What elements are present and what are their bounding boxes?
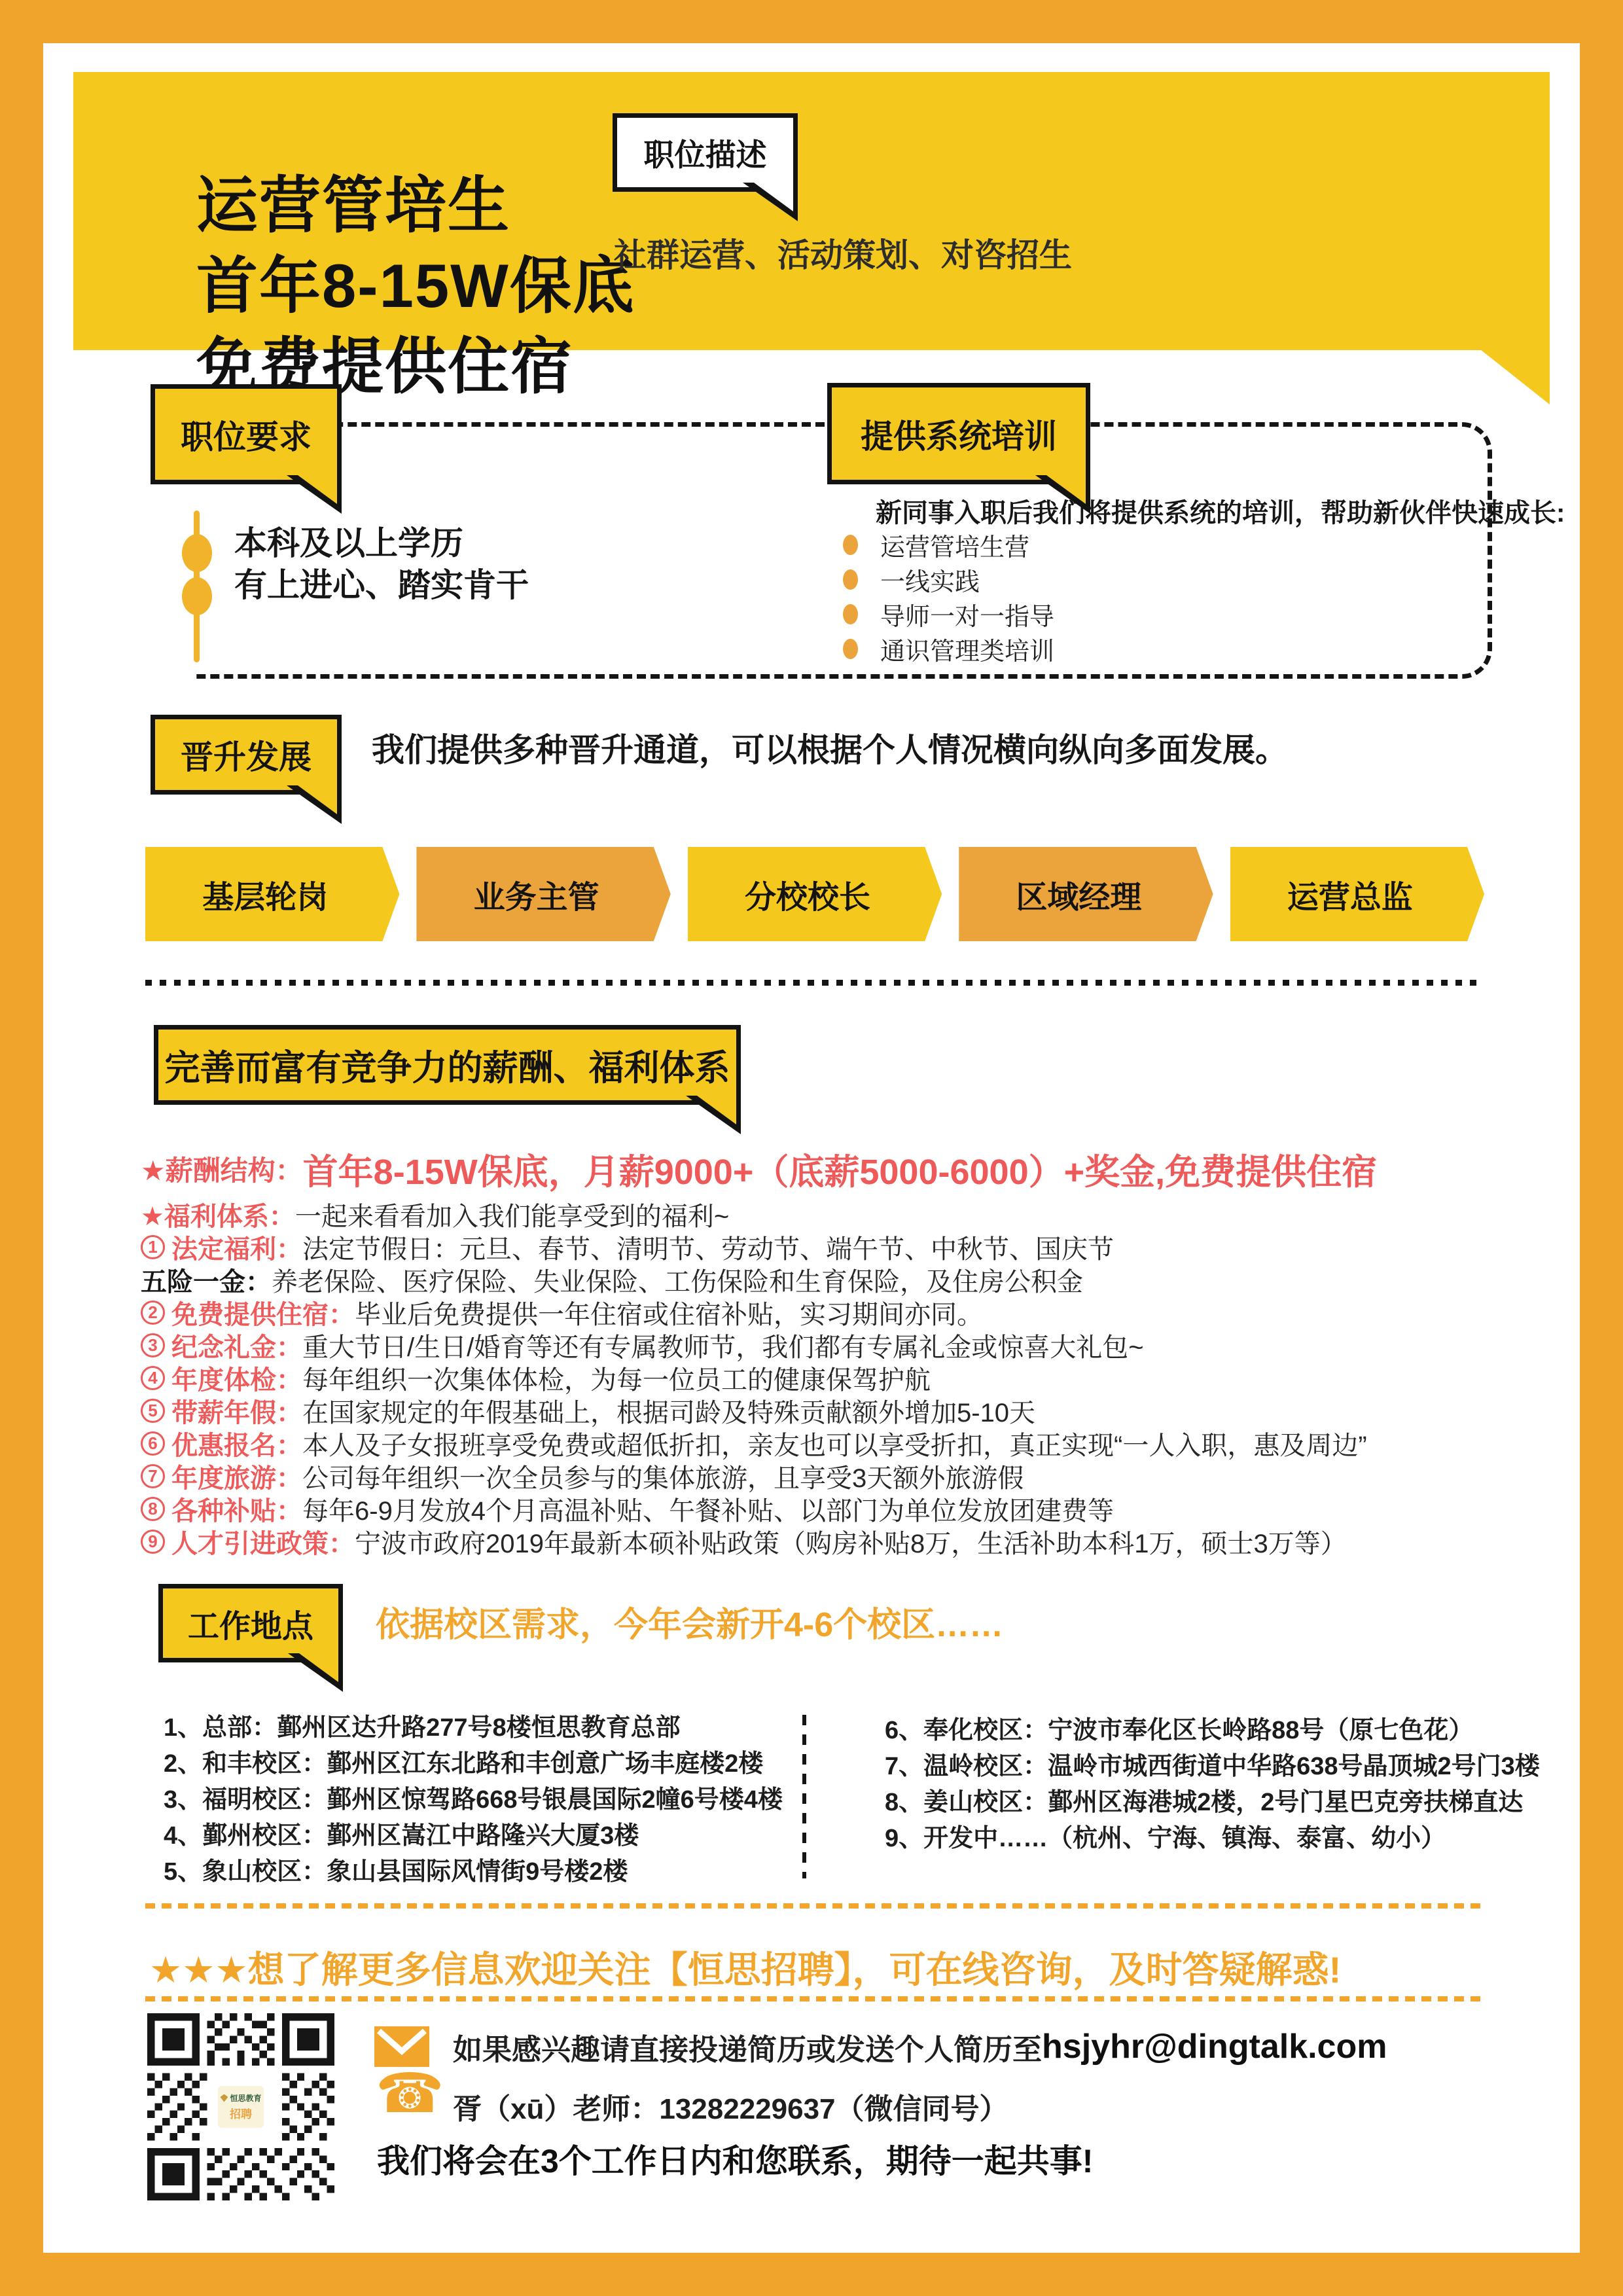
benefit-item: 7 年度旅游： 公司每年组织一次全员参与的集体旅游，且享受3天额外旅游假 [141, 1460, 1502, 1492]
benefit-number-badge: 5 [141, 1399, 165, 1423]
benefit-number-badge: 4 [141, 1366, 165, 1390]
benefit-content: 每年6-9月发放4个月高温补贴、午餐补贴、以部门为单位发放团建费等 [302, 1490, 1114, 1528]
benefit-label: 五险一金： [141, 1261, 272, 1299]
qr-card-subtitle: 招聘 [230, 2105, 252, 2121]
career-step: 业务主管 [416, 847, 670, 941]
poster-title: 运营管培生 首年8-15W保底 免费提供住宿 [196, 165, 635, 406]
benefits-list: ★薪酬结构： 首年8-15W保底，月薪9000+（底薪5000-6000）+奖金… [141, 1147, 1502, 1558]
job-description-bubble: 职位描述 [613, 113, 798, 192]
salary-label: ★薪酬结构： [141, 1149, 303, 1189]
job-description-text: 社群运营、活动策划、对咨招生 [614, 229, 1072, 276]
benefit-content: 公司每年组织一次全员参与的集体旅游，且享受3天额外旅游假 [302, 1458, 1024, 1495]
qr-card-brand: 恒思教育 [230, 2092, 261, 2104]
title-line-2: 首年8-15W保底 [196, 245, 635, 326]
welfare-row: ★福利体系： 一起来看看加入我们能享受到的福利~ [141, 1198, 1502, 1230]
benefit-label: 纪念礼金： [171, 1327, 302, 1364]
requirements-bubble-label: 职位要求 [181, 411, 312, 458]
welfare-label: ★福利体系： [141, 1196, 295, 1233]
benefit-content: 法定节假日：元旦、春节、清明节、劳动节、端午节、中秋节、国庆节 [302, 1229, 1114, 1266]
header-corner-tail [1480, 350, 1550, 404]
email-address: hsjyhr@dingtalk.com [1042, 2027, 1387, 2066]
benefit-item: 6 优惠报名： 本人及子女报班享受免费或超低折扣，亲友也可以享受折扣，真正实现“… [141, 1427, 1502, 1460]
workplace-headline: 依据校区需求，今年会新开4-6个校区…… [376, 1597, 1003, 1646]
follow-us-line: ★★★想了解更多信息欢迎关注【恒思招聘】，可在线咨询，及时答疑解惑! [149, 1941, 1341, 1994]
contact-email-line: 如果感兴趣请直接投递简历或发送个人简历至 hsjyhr@dingtalk.com [453, 2025, 1387, 2068]
benefit-number-badge: 7 [141, 1464, 165, 1488]
benefit-number-badge: 6 [141, 1431, 165, 1456]
location-item: 4、鄞州校区：鄞州区嵩江中路隆兴大厦3楼 [164, 1815, 783, 1851]
welfare-content: 一起来看看加入我们能享受到的福利~ [295, 1196, 729, 1233]
qr-code: 恒思教育 招聘 [147, 2013, 334, 2200]
benefit-item: 3 纪念礼金： 重大节日/生日/婚育等还有专属教师节，我们都有专属礼金或惊喜大礼… [141, 1329, 1502, 1361]
benefit-label: 优惠报名： [171, 1425, 302, 1462]
promotion-description: 我们提供多种晋升通道，可以根据个人情况横向纵向多面发展。 [372, 724, 1288, 771]
title-line-1: 运营管培生 [196, 165, 635, 245]
job-description-bubble-label: 职位描述 [644, 131, 767, 175]
orange-dashed-divider [145, 1996, 1484, 2001]
salary-content: 首年8-15W保底，月薪9000+（底薪5000-6000）+奖金,免费提供住宿 [303, 1144, 1378, 1194]
benefit-content: 在国家规定的年假基础上，根据司龄及特殊贡献额外增加5-10天 [302, 1392, 1035, 1429]
benefit-label: 带薪年假： [171, 1392, 302, 1429]
benefit-content: 重大节日/生日/婚育等还有专属教师节，我们都有专属礼金或惊喜大礼包~ [302, 1327, 1144, 1364]
location-item: 7、温岭校区：温岭市城西街道中华路638号晶顶城2号门3楼 [885, 1746, 1540, 1782]
benefit-number-badge: 8 [141, 1497, 165, 1521]
workplace-bubble: 工作地点 [158, 1584, 343, 1662]
benefit-item: 9 人才引进政策： 宁波市政府2019年最新本硕补贴政策（购房补贴8万，生活补助… [141, 1525, 1502, 1558]
location-column-divider [802, 1715, 806, 1878]
phone-icon: ☎ [376, 2066, 444, 2121]
career-step: 基层轮岗 [145, 847, 399, 941]
benefit-label: 法定福利： [171, 1229, 302, 1266]
benefit-number-badge: 2 [141, 1300, 165, 1325]
benefit-content: 毕业后免费提供一年住宿或住宿补贴，实习期间亦同。 [355, 1294, 983, 1331]
benefit-number-badge: 3 [141, 1333, 165, 1357]
location-item: 8、姜山校区：鄞州区海港城2楼，2号门星巴克旁扶梯直达 [885, 1782, 1540, 1818]
location-item: 5、象山校区：象山县国际风情街9号楼2楼 [164, 1851, 783, 1887]
qr-center-card: 恒思教育 招聘 [215, 2083, 266, 2130]
contact-phone-line: 胥（xū）老师：13282229637（微信同号） [453, 2085, 1008, 2127]
benefit-label: 免费提供住宿： [171, 1294, 355, 1331]
benefit-item: 4 年度体检： 每年组织一次集体体检，为每一位员工的健康保驾护航 [141, 1361, 1502, 1394]
career-step: 区域经理 [959, 847, 1213, 941]
benefit-label: 年度旅游： [171, 1458, 302, 1495]
orange-dashed-divider [145, 1903, 1484, 1909]
benefit-number-badge: 9 [141, 1530, 165, 1554]
career-step: 运营总监 [1230, 847, 1484, 941]
benefit-content: 每年组织一次集体体检，为每一位员工的健康保驾护航 [302, 1359, 931, 1397]
requirements-bubble: 职位要求 [151, 384, 342, 484]
promotion-bubble-label: 晋升发展 [181, 731, 312, 778]
header-banner: 运营管培生 首年8-15W保底 免费提供住宿 [73, 72, 1550, 350]
benefits-bubble: 完善而富有竞争力的薪酬、福利体系 [154, 1025, 741, 1105]
benefit-item: 1 法定福利： 法定节假日：元旦、春节、清明节、劳动节、端午节、中秋节、国庆节 [141, 1230, 1502, 1263]
benefit-content: 本人及子女报班享受免费或超低折扣，亲友也可以享受折扣，真正实现“一人入职，惠及周… [302, 1425, 1367, 1462]
benefit-content: 宁波市政府2019年最新本硕补贴政策（购房补贴8万，生活补助本科1万，硕士3万等… [355, 1523, 1347, 1560]
benefit-label: 人才引进政策： [171, 1523, 355, 1560]
career-path: 基层轮岗 业务主管 分校校长 区域经理 运营总监 [145, 847, 1484, 941]
dotted-separator [145, 980, 1484, 986]
location-list-left: 1、总部：鄞州区达升路277号8楼恒思教育总部 2、和丰校区：鄞州区江东北路和丰… [164, 1707, 783, 1887]
promotion-bubble: 晋升发展 [151, 715, 342, 795]
benefit-label: 各种补贴： [171, 1490, 302, 1528]
training-bubble: 提供系统培训 [827, 383, 1090, 484]
workplace-bubble-label: 工作地点 [188, 1601, 313, 1646]
training-bubble-label: 提供系统培训 [861, 410, 1057, 457]
salary-structure-row: ★薪酬结构： 首年8-15W保底，月薪9000+（底薪5000-6000）+奖金… [141, 1147, 1502, 1191]
location-item: 6、奉化校区：宁波市奉化区长岭路88号（原七色花） [885, 1710, 1540, 1746]
benefit-item: 8 各种补贴： 每年6-9月发放4个月高温补贴、午餐补贴、以部门为单位发放团建费… [141, 1492, 1502, 1525]
recruitment-poster: 运营管培生 首年8-15W保底 免费提供住宿 职位描述 社群运营、活动策划、对咨… [0, 0, 1623, 2296]
benefit-number-badge: 1 [141, 1235, 165, 1259]
logo-diamond-icon [220, 2094, 228, 2102]
closing-statement: 我们将会在3个工作日内和您联系，期待一起共事! [377, 2135, 1093, 2182]
benefit-label: 年度体检： [171, 1359, 302, 1397]
location-item: 3、福明校区：鄞州区惊驾路668号银晨国际2幢6号楼4楼 [164, 1779, 783, 1815]
career-step: 分校校长 [688, 847, 942, 941]
benefit-item: 5 带薪年假： 在国家规定的年假基础上，根据司龄及特殊贡献额外增加5-10天 [141, 1394, 1502, 1427]
location-item: 9、开发中……（杭州、宁海、镇海、泰富、幼小） [885, 1818, 1540, 1854]
benefit-item: 五险一金： 养老保险、医疗保险、失业保险、工伤保险和生育保险，及住房公积金 [141, 1263, 1502, 1296]
benefits-bubble-label: 完善而富有竞争力的薪酬、福利体系 [165, 1040, 730, 1090]
location-item: 2、和丰校区：鄞州区江东北路和丰创意广场丰庭楼2楼 [164, 1743, 783, 1779]
location-list-right: 6、奉化校区：宁波市奉化区长岭路88号（原七色花） 7、温岭校区：温岭市城西街道… [885, 1710, 1540, 1854]
benefit-item: 2 免费提供住宿： 毕业后免费提供一年住宿或住宿补贴，实习期间亦同。 [141, 1296, 1502, 1329]
location-item: 1、总部：鄞州区达升路277号8楼恒思教育总部 [164, 1707, 783, 1743]
benefit-content: 养老保险、医疗保险、失业保险、工伤保险和生育保险，及住房公积金 [272, 1261, 1083, 1299]
email-prefix-text: 如果感兴趣请直接投递简历或发送个人简历至 [453, 2026, 1042, 2068]
